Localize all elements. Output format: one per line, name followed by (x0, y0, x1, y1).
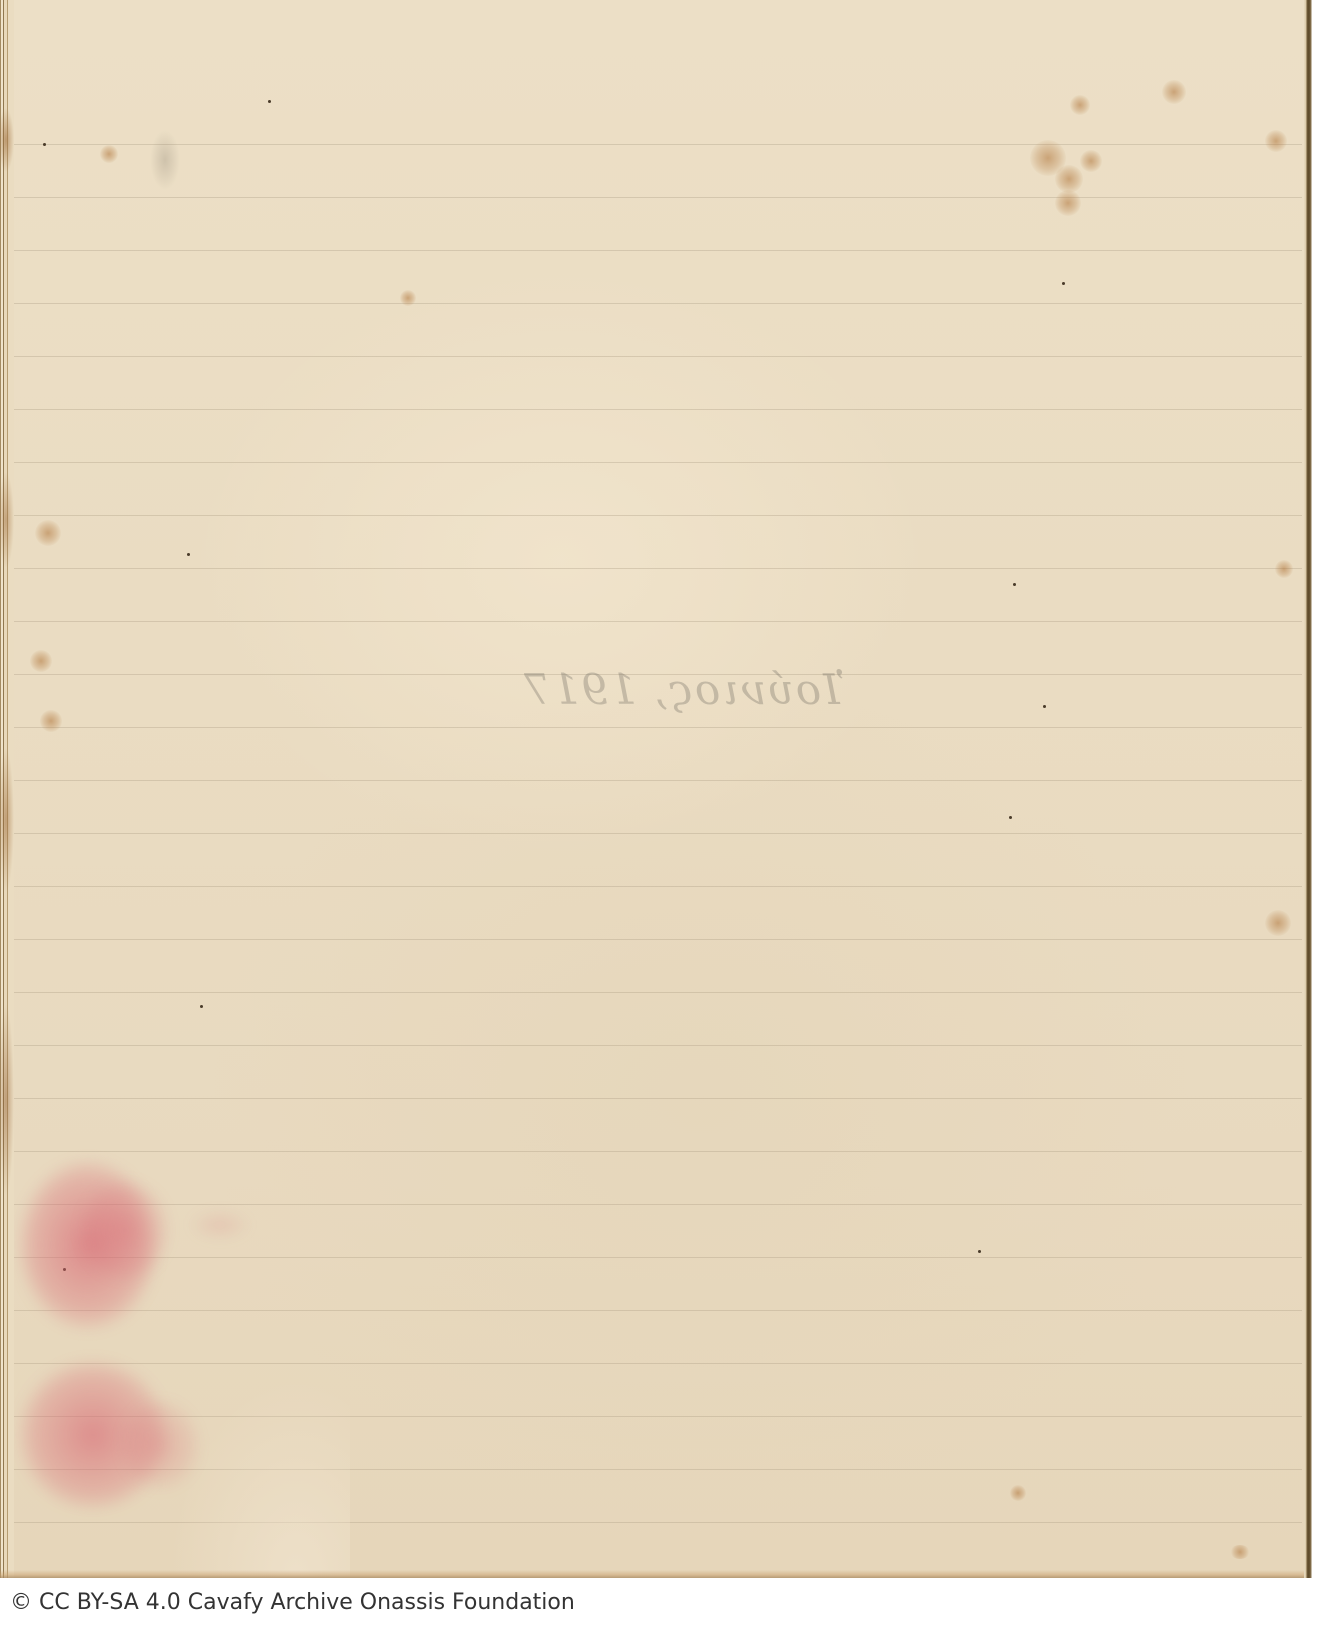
right-binding-edge (1304, 0, 1312, 1578)
red-stain (80, 1180, 170, 1280)
foxing-spot (1275, 560, 1293, 578)
copyright-credit: © CC BY-SA 4.0 Cavafy Archive Onassis Fo… (10, 1583, 575, 1623)
bottom-edge (0, 1570, 1312, 1578)
ink-dot (1009, 816, 1012, 819)
ink-dot (187, 553, 190, 556)
foxing-spot (1230, 1545, 1250, 1559)
ink-dot (978, 1250, 981, 1253)
foxing-spot (1162, 80, 1186, 104)
foxing-spot (1080, 150, 1102, 172)
ink-dot (43, 143, 46, 146)
foxing-spot (1265, 910, 1291, 936)
foxing-spot (1265, 130, 1287, 152)
foxing-spot (400, 290, 416, 306)
ink-dot (200, 1005, 203, 1008)
red-stain (190, 1210, 250, 1240)
foxing-spot (35, 520, 61, 546)
ink-dot (1013, 583, 1016, 586)
document-viewer: Ἰούνιος, 1917 © CC BY-SA 4.0 Cavafy Arch… (0, 0, 1318, 1626)
bleed-through-text: Ἰούνιος, 1917 (505, 660, 845, 720)
smudge (150, 130, 180, 190)
foxing-spot (100, 145, 118, 163)
foxing-spot (30, 650, 52, 672)
worn-corner (170, 1380, 350, 1578)
foxing-spot (1010, 1485, 1026, 1501)
foxing-spot (1055, 190, 1081, 216)
foxing-spot (1055, 165, 1083, 193)
notebook-page: Ἰούνιος, 1917 (0, 0, 1312, 1578)
ruled-lines (14, 92, 1302, 1552)
foxing-spot (40, 710, 62, 732)
ink-dot (268, 100, 271, 103)
ink-dot (1062, 282, 1065, 285)
left-edge-stain (0, 0, 14, 1578)
ink-dot (1043, 705, 1046, 708)
foxing-spot (1070, 95, 1090, 115)
